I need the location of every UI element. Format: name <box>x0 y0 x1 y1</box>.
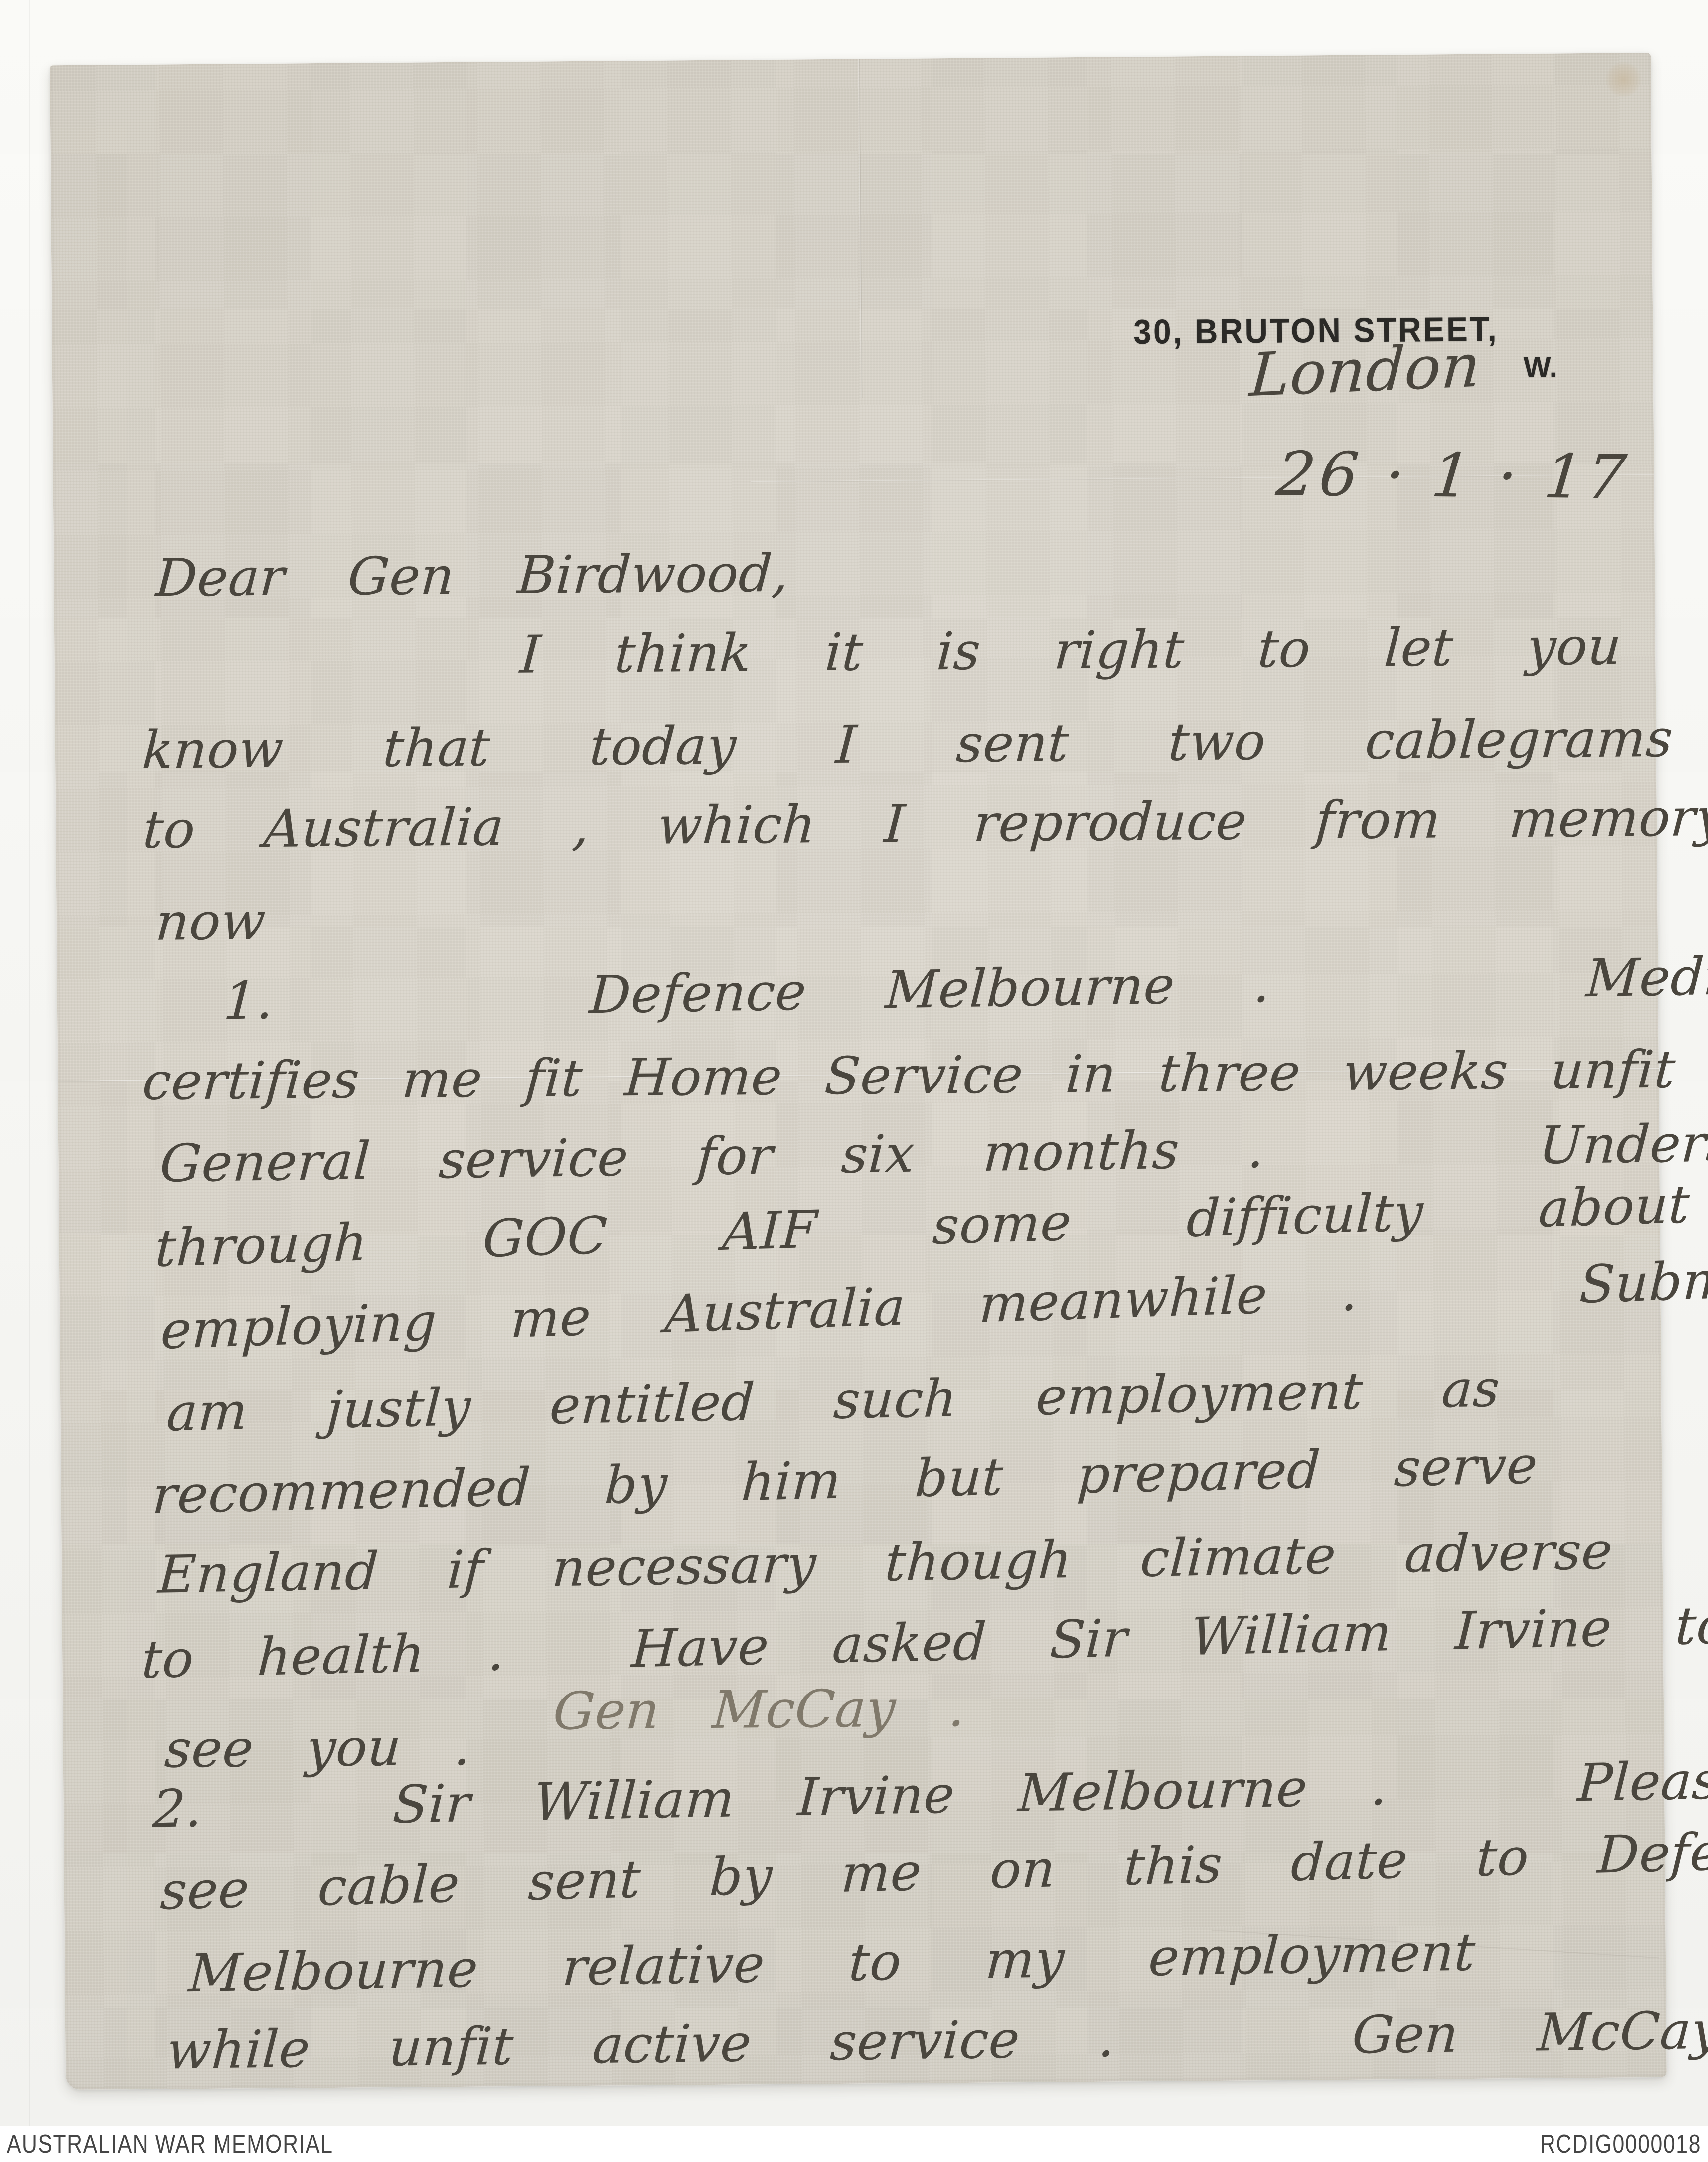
cablegram1-line-9: to health . Have asked Sir William Irvin… <box>140 1594 1708 1690</box>
cablegram1-line-2: certifies me fit Home Service in three w… <box>141 1039 1678 1112</box>
record-id-label: RCDIG0000018 <box>1540 2129 1701 2159</box>
letter-line-3: know that today I sent two cablegrams <box>140 708 1675 780</box>
cablegram1-line-10: see you . <box>163 1716 473 1780</box>
cablegram1-line-7: recommended by him but prepared serve <box>151 1434 1539 1526</box>
cablegram2-line-4-signature: while unfit active service . Gen McCay . <box>165 1999 1708 2081</box>
letterhead-city-handwritten: London <box>1248 331 1483 411</box>
letter-line-2: I think it is right to let you <box>518 616 1623 685</box>
letter-line-4: to Australia , which I reproduce from me… <box>141 787 1708 860</box>
letterhead-district: W. <box>1524 350 1557 384</box>
archive-name-label: AUSTRALIAN WAR MEMORIAL <box>7 2129 333 2159</box>
cablegram1-line-8: England if necessary though climate adve… <box>156 1520 1614 1605</box>
letter-line-5: now <box>154 891 268 952</box>
cablegram2-line-3: Melbourne relative to my employment <box>187 1921 1477 2004</box>
fold-crease-vertical <box>858 59 862 398</box>
letter-date: 26 · 1 · 17 <box>1273 439 1633 513</box>
scanned-letter-page: 30, BRUTON STREET, London W. 26 · 1 · 17… <box>0 0 1708 2162</box>
salutation-line: Dear Gen Birdwood, <box>154 543 791 609</box>
cablegram1-line-6: am justly entitled such employment as <box>165 1358 1502 1443</box>
paper-stain <box>1605 62 1642 97</box>
archive-footer: AUSTRALIAN WAR MEMORIAL RCDIG0000018 <box>0 2126 1708 2162</box>
scanner-edge-seam <box>29 0 30 2126</box>
cablegram1-signature: Gen McCay . <box>552 1678 968 1742</box>
cablegram1-line-1: 1. Defence Melbourne . Medical Board <box>222 940 1708 1031</box>
letter-sheet: 30, BRUTON STREET, London W. 26 · 1 · 17… <box>50 53 1667 2090</box>
